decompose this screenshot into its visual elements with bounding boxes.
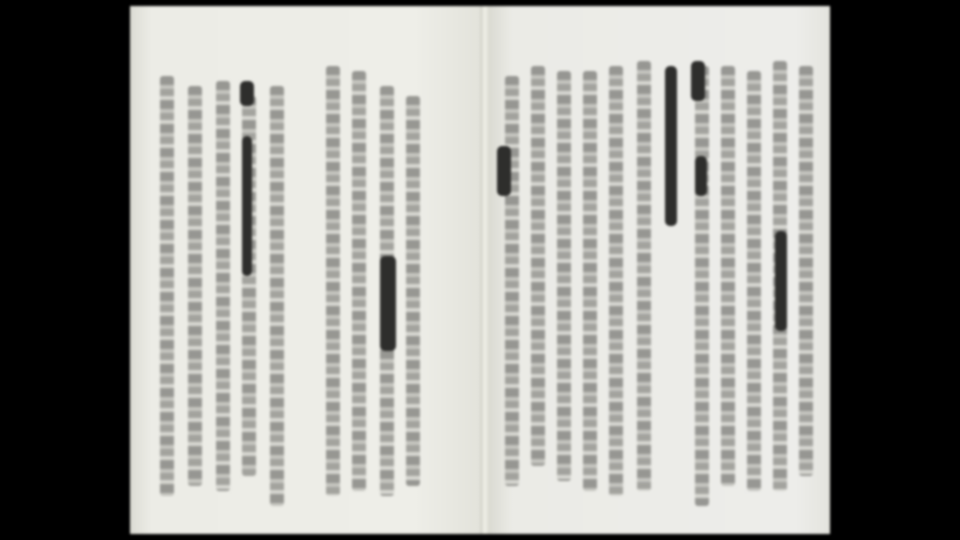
open-book [130, 6, 830, 534]
ink-mark [240, 81, 254, 106]
text-column [721, 66, 735, 486]
ink-mark [665, 66, 677, 226]
ink-mark [695, 156, 707, 196]
ink-mark [242, 136, 252, 276]
left-page [130, 6, 485, 534]
ink-mark [775, 231, 787, 331]
text-column [747, 71, 761, 491]
text-column [637, 61, 651, 491]
text-column [216, 81, 230, 491]
text-column [326, 66, 340, 496]
ink-mark [497, 146, 511, 196]
text-column [352, 71, 366, 491]
text-column [406, 96, 420, 486]
text-column [160, 76, 174, 496]
text-column [531, 66, 545, 466]
text-column [609, 66, 623, 496]
right-page [485, 6, 830, 534]
text-column [557, 71, 571, 481]
text-column [583, 71, 597, 491]
text-column [695, 66, 709, 506]
text-column [270, 86, 284, 506]
text-column [799, 66, 813, 476]
ink-mark [380, 256, 396, 351]
text-column [188, 86, 202, 486]
ink-mark [691, 61, 705, 101]
book-spine [480, 6, 490, 534]
text-column [505, 76, 519, 486]
